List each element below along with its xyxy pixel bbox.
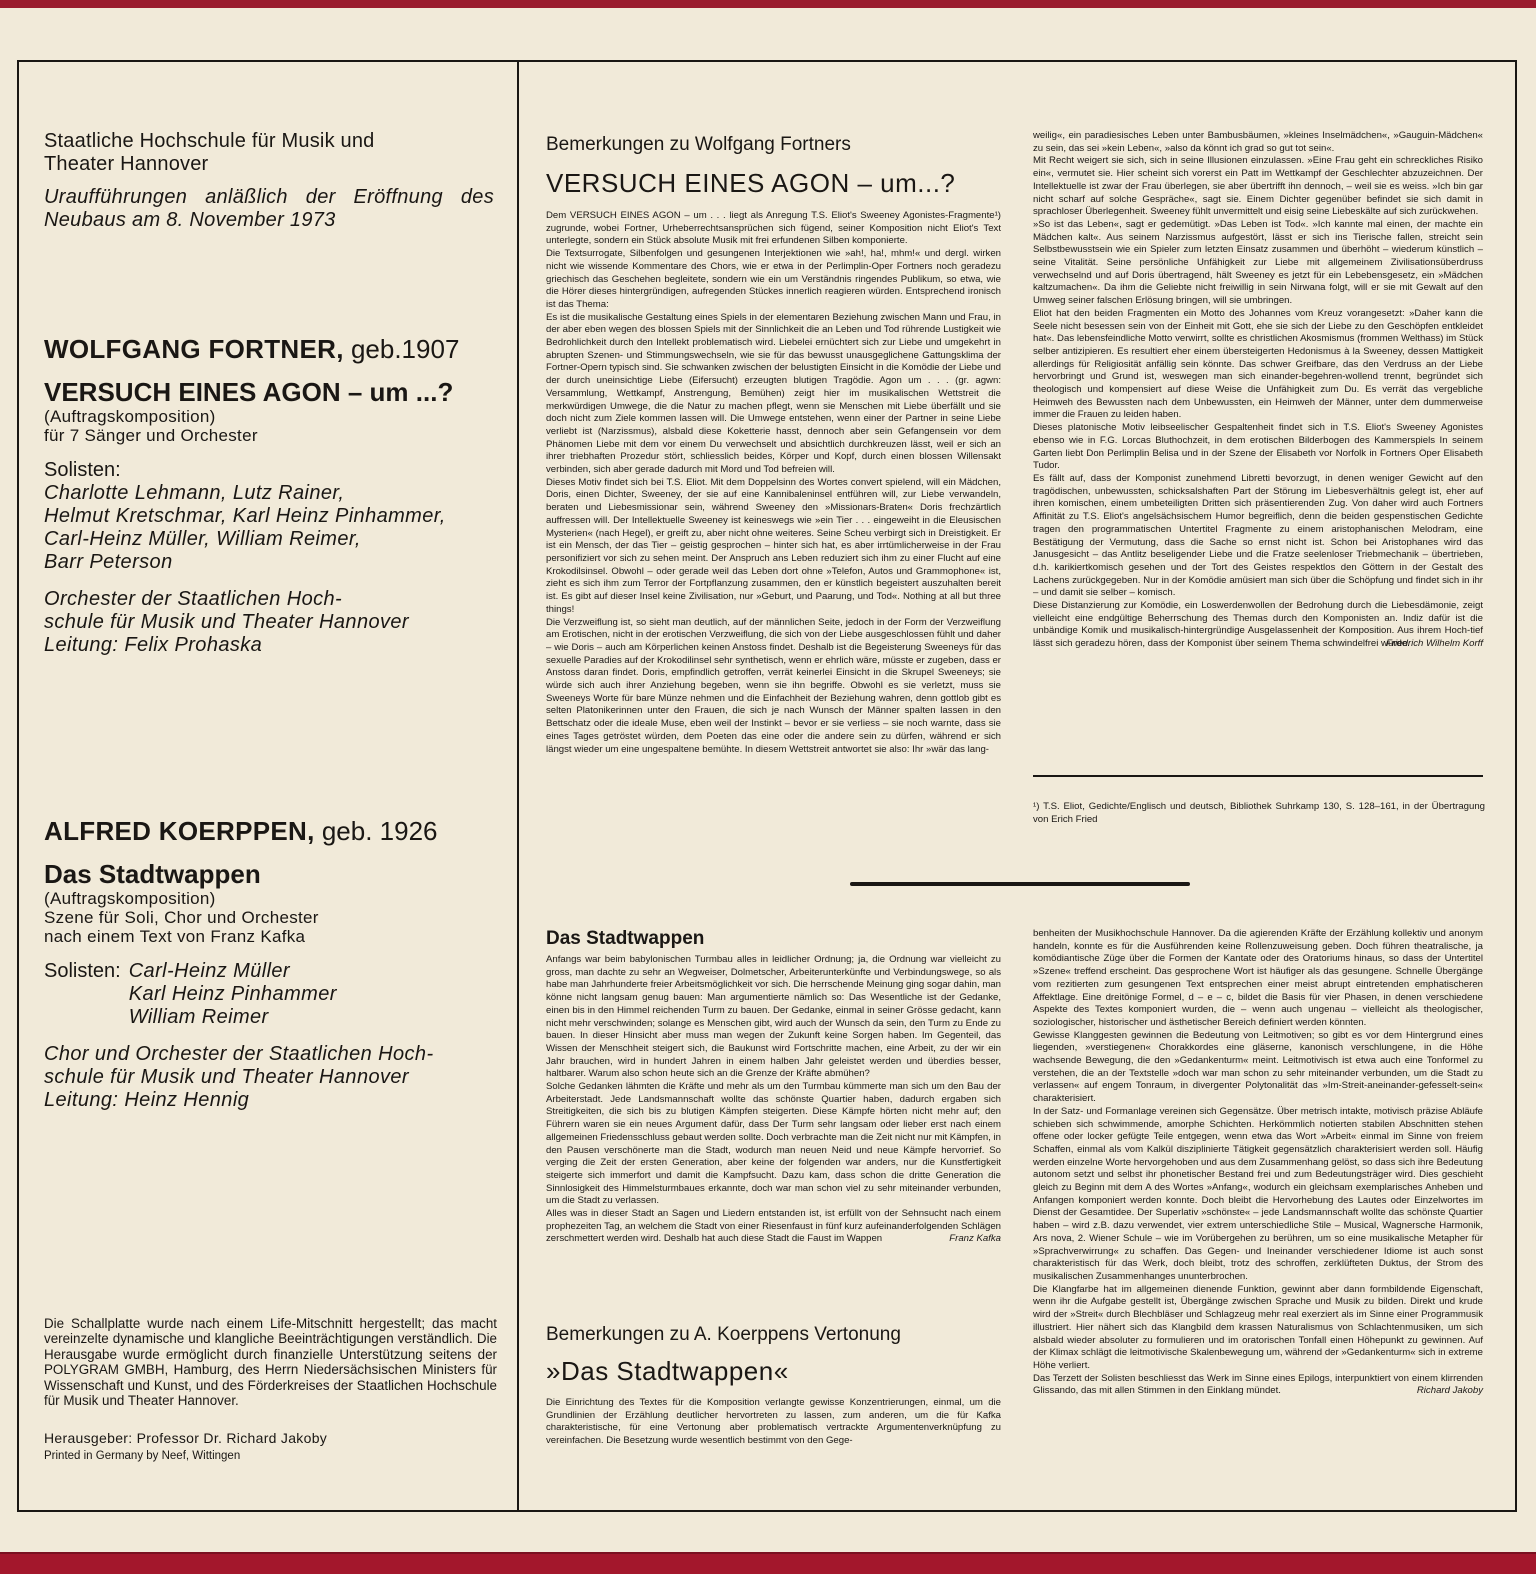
kafka-text: Anfangs war beim babylonischen Turmbau a… xyxy=(546,954,1001,1246)
ensemble-line: schule für Musik und Theater Hannover xyxy=(44,611,514,634)
paragraph: Die Einrichtung des Textes für die Kompo… xyxy=(546,1397,1001,1448)
essay-title: »Das Stadtwappen« xyxy=(546,1356,789,1387)
soloist-line: Carl-Heinz Müller xyxy=(129,960,514,983)
commission-note: (Auftragskomposition) xyxy=(44,407,514,426)
sleeve-top-edge xyxy=(0,0,1536,8)
essay-title: VERSUCH EINES AGON – um...? xyxy=(546,168,955,199)
conductor-line: Leitung: Heinz Hennig xyxy=(44,1089,514,1112)
koerppen-essay-col2: benheiten der Musikhochschule Hannover. … xyxy=(1033,928,1483,1398)
fortner-essay-col2: weilig«, ein paradiesisches Leben unter … xyxy=(1033,130,1483,651)
paragraph: Die Klangfarbe hat im allgemeinen dienen… xyxy=(1033,1284,1483,1373)
paragraph: Dem VERSUCH EINES AGON – um . . . liegt … xyxy=(546,210,1001,248)
ensemble-line: schule für Musik und Theater Hannover xyxy=(44,1066,514,1089)
soloist-line: Charlotte Lehmann, Lutz Rainer, xyxy=(44,482,514,505)
ensemble-line: Chor und Orchester der Staatlichen Hoch- xyxy=(44,1043,514,1066)
institution-name: Staatliche Hochschule für Musik und Thea… xyxy=(44,130,424,176)
work1-credits: WOLFGANG FORTNER, geb.1907 VERSUCH EINES… xyxy=(44,334,514,657)
work2-credits: ALFRED KOERPPEN, geb. 1926 Das Stadtwapp… xyxy=(44,816,514,1112)
koerppen-essay-col1: Die Einrichtung des Textes für die Kompo… xyxy=(546,1397,1001,1448)
composer-born: geb.1907 xyxy=(344,334,460,364)
paragraph: Dieses platonische Motiv leibseelischer … xyxy=(1033,422,1483,473)
column-divider xyxy=(517,60,519,1512)
commission-note: (Auftragskomposition) xyxy=(44,889,514,908)
kafka-title: Das Stadtwappen xyxy=(546,928,704,950)
soloist-line: Helmut Kretschmar, Karl Heinz Pinhammer, xyxy=(44,505,514,528)
paragraph: Dieses Motiv findet sich bei T.S. Eliot.… xyxy=(546,477,1001,617)
work-title: VERSUCH EINES AGON – um ...? xyxy=(44,377,514,407)
paragraph: Die Textsurrogate, Silbenfolgen und gesu… xyxy=(546,248,1001,312)
fortner-essay-col1: Dem VERSUCH EINES AGON – um . . . liegt … xyxy=(546,210,1001,756)
footnote: ¹) T.S. Eliot, Gedichte/Englisch und deu… xyxy=(1033,801,1485,826)
composer-name: ALFRED KOERPPEN, xyxy=(44,816,315,846)
essay-kicker: Bemerkungen zu A. Koerppens Vertonung xyxy=(546,1324,901,1346)
conductor-line: Leitung: Felix Prohaska xyxy=(44,634,514,657)
paragraph: Mit Recht weigert sie sich, sich in sein… xyxy=(1033,155,1483,219)
header-block: Staatliche Hochschule für Musik und Thea… xyxy=(44,130,504,232)
essay-kicker: Bemerkungen zu Wolfgang Fortners xyxy=(546,134,851,156)
section-separator xyxy=(850,882,1190,886)
paragraph: »So ist das Leben«, sagt er gedemütigt. … xyxy=(1033,219,1483,308)
soloists-label: Solisten: xyxy=(44,459,514,482)
paragraph: weilig«, ein paradiesisches Leben unter … xyxy=(1033,130,1483,155)
scoring: für 7 Sänger und Orchester xyxy=(44,426,514,445)
paragraph: In der Satz- und Formanlage vereinen sic… xyxy=(1033,1106,1483,1284)
printer-credit: Printed in Germany by Neef, Wittingen xyxy=(44,1450,240,1462)
paragraph: Gewisse Klanggesten gewinnen die Bedeutu… xyxy=(1033,1030,1483,1106)
sleeve-bottom-edge xyxy=(0,1552,1536,1574)
paragraph: Es fällt auf, dass der Komponist zunehme… xyxy=(1033,473,1483,600)
paragraph: Eliot hat den beiden Fragmenten ein Mott… xyxy=(1033,308,1483,422)
paragraph: Anfangs war beim babylonischen Turmbau a… xyxy=(546,954,1001,1081)
paragraph: benheiten der Musikhochschule Hannover. … xyxy=(1033,928,1483,1030)
work-title: Das Stadtwappen xyxy=(44,859,514,889)
soloist-line: William Reimer xyxy=(129,1006,514,1029)
soloists-label: Solisten: xyxy=(44,960,121,1029)
paragraph: Es ist die musikalische Gestaltung eines… xyxy=(546,312,1001,477)
soloist-line: Carl-Heinz Müller, William Reimer, xyxy=(44,528,514,551)
soloist-line: Karl Heinz Pinhammer xyxy=(129,983,514,1006)
occasion-line: Uraufführungen anläßlich der Eröffnung d… xyxy=(44,186,494,232)
scoring: nach einem Text von Franz Kafka xyxy=(44,927,514,946)
soloist-line: Barr Peterson xyxy=(44,551,514,574)
production-note: Die Schallplatte wurde nach einem Life-M… xyxy=(44,1316,497,1408)
scoring: Szene für Soli, Chor und Orchester xyxy=(44,908,514,927)
composer-born: geb. 1926 xyxy=(315,816,438,846)
paragraph: Die Verzweiflung ist, so sieht man deutl… xyxy=(546,617,1001,757)
paragraph: Solche Gedanken lähmten die Kräfte und m… xyxy=(546,1081,1001,1208)
composer-name: WOLFGANG FORTNER, xyxy=(44,334,344,364)
editor-credit: Herausgeber: Professor Dr. Richard Jakob… xyxy=(44,1430,327,1446)
ensemble-line: Orchester der Staatlichen Hoch- xyxy=(44,588,514,611)
footnote-rule xyxy=(1033,775,1483,777)
